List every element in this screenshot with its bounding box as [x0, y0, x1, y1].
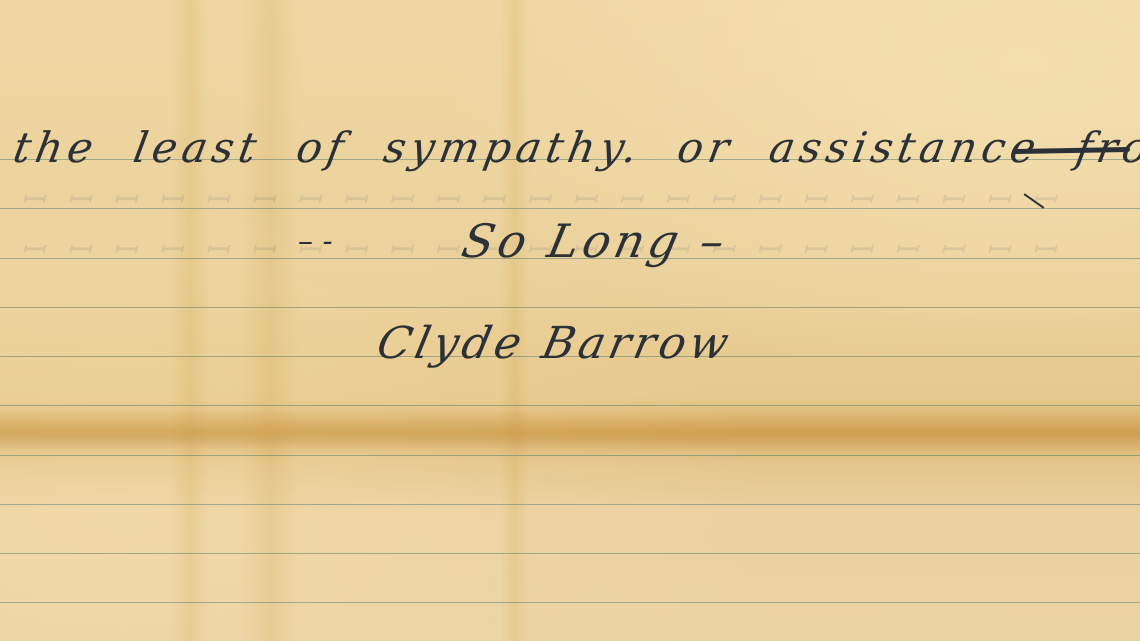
bleed-through-text: ꟷ ꟷ ꟷ ꟷ ꟷ ꟷ ꟷ ꟷ ꟷ ꟷ ꟷ ꟷ ꟷ ꟷ ꟷ ꟷ ꟷ ꟷ ꟷ ꟷ …: [20, 178, 1061, 219]
signature: Clyde Barrow: [373, 318, 737, 369]
ruled-line: [0, 455, 1140, 456]
ruled-line: [0, 504, 1140, 505]
letter-page: ꟷ ꟷ ꟷ ꟷ ꟷ ꟷ ꟷ ꟷ ꟷ ꟷ ꟷ ꟷ ꟷ ꟷ ꟷ ꟷ ꟷ ꟷ ꟷ ꟷ …: [0, 0, 1140, 641]
closing-phrase: So Long –: [457, 214, 733, 268]
paper-fold-crease: [0, 410, 1140, 450]
letter-line-1: the least of sympathy. or assistance fro…: [10, 123, 1140, 172]
ruled-line: [0, 307, 1140, 308]
ruled-line: [0, 602, 1140, 603]
paper-stain: [170, 0, 210, 641]
leading-dashes: – -: [298, 224, 333, 259]
paper-stain: [240, 0, 300, 641]
ruled-line: [0, 405, 1140, 406]
ruled-line: [0, 553, 1140, 554]
